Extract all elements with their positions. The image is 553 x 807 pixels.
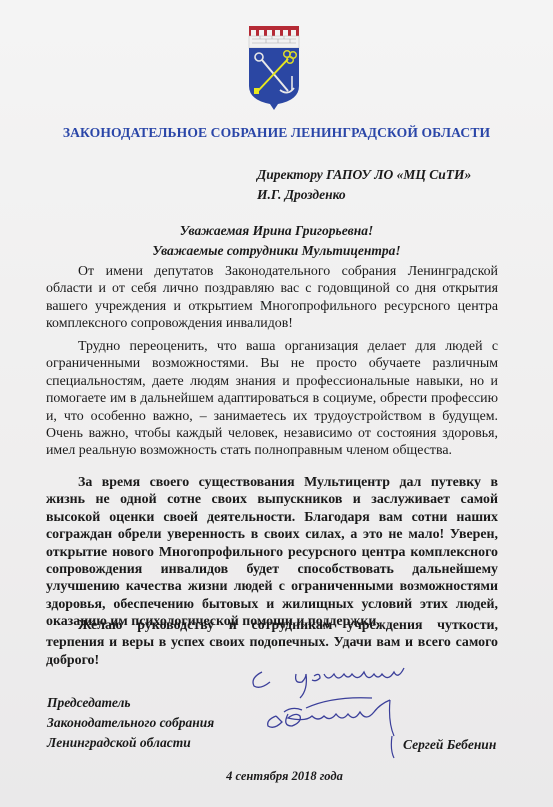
organization-title: ЗАКОНОДАТЕЛЬНОЕ СОБРАНИЕ ЛЕНИНГРАДСКОЙ О… [0, 125, 553, 141]
letter-page: ЗАКОНОДАТЕЛЬНОЕ СОБРАНИЕ ЛЕНИНГРАДСКОЙ О… [0, 0, 553, 807]
addressee-name: И.Г. Дрозденко [257, 185, 471, 205]
signer-name: Сергей Бебенин [403, 737, 496, 753]
greeting-block: Уважаемая Ирина Григорьевна! Уважаемые с… [0, 221, 553, 261]
addressee-position: Директору ГАПОУ ЛО «МЦ СиТИ» [257, 165, 471, 185]
body-paragraph-2: Трудно переоценить, что ваша организация… [46, 338, 498, 460]
body-paragraph-3: За время своего существования Мультицент… [46, 474, 498, 631]
signatory-title-line-2: Законодательного собрания [47, 713, 214, 733]
body-paragraph-1: От имени депутатов Законодательного собр… [46, 263, 498, 333]
greeting-line-2: Уважаемые сотрудники Мультицентра! [0, 241, 553, 261]
signatory-title: Председатель Законодательного собрания Л… [47, 693, 214, 753]
signatory-title-line-3: Ленинградской области [47, 733, 214, 753]
greeting-line-1: Уважаемая Ирина Григорьевна! [0, 221, 553, 241]
addressee-block: Директору ГАПОУ ЛО «МЦ СиТИ» И.Г. Дрозде… [257, 165, 471, 205]
signatory-title-line-1: Председатель [47, 693, 214, 713]
letter-date: 4 сентября 2018 года [0, 769, 553, 784]
coat-of-arms-icon [248, 24, 300, 110]
handwritten-signature-icon [262, 692, 412, 762]
